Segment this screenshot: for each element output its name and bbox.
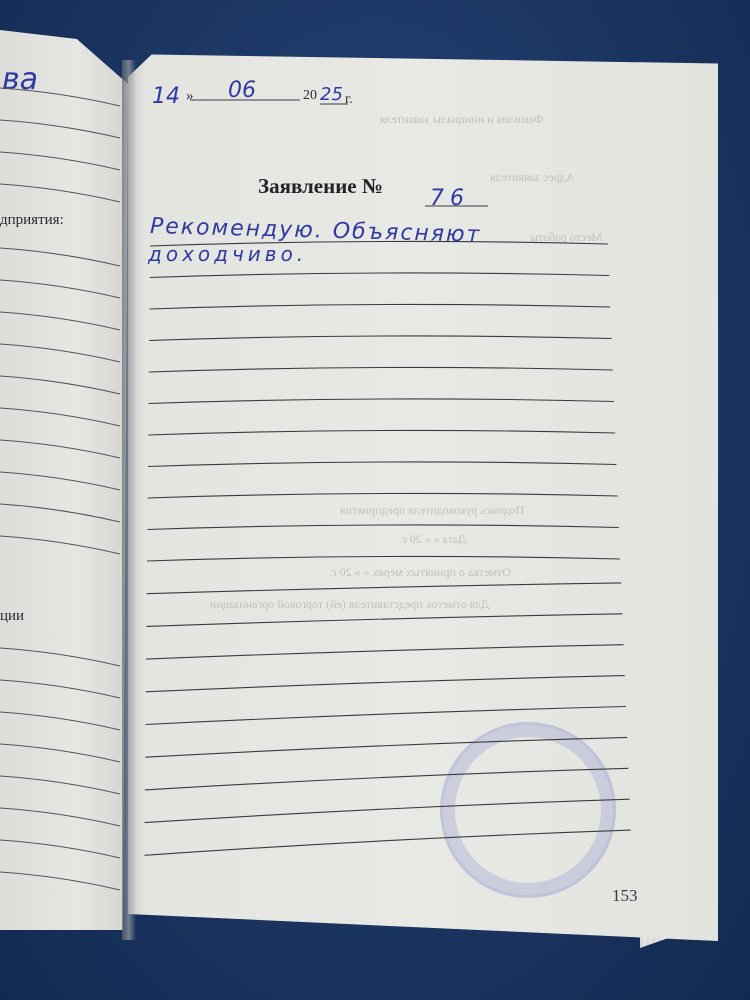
date-year-suffix: 25 [320, 84, 343, 105]
statement-number: 76 [430, 186, 470, 211]
date-month: 06 [228, 78, 256, 103]
date-year-unit: г. [345, 92, 353, 108]
handwritten-line-2: доходчиво. [148, 242, 307, 266]
date-year-prefix: 20 [303, 88, 317, 104]
page-number: 153 [612, 886, 638, 906]
statement-title-label: Заявление № [258, 174, 383, 198]
date-day-suffix: » [186, 88, 194, 105]
statement-title: Заявление № [258, 174, 383, 199]
ruled-lines [0, 0, 750, 1000]
date-day: 14 [152, 84, 180, 109]
